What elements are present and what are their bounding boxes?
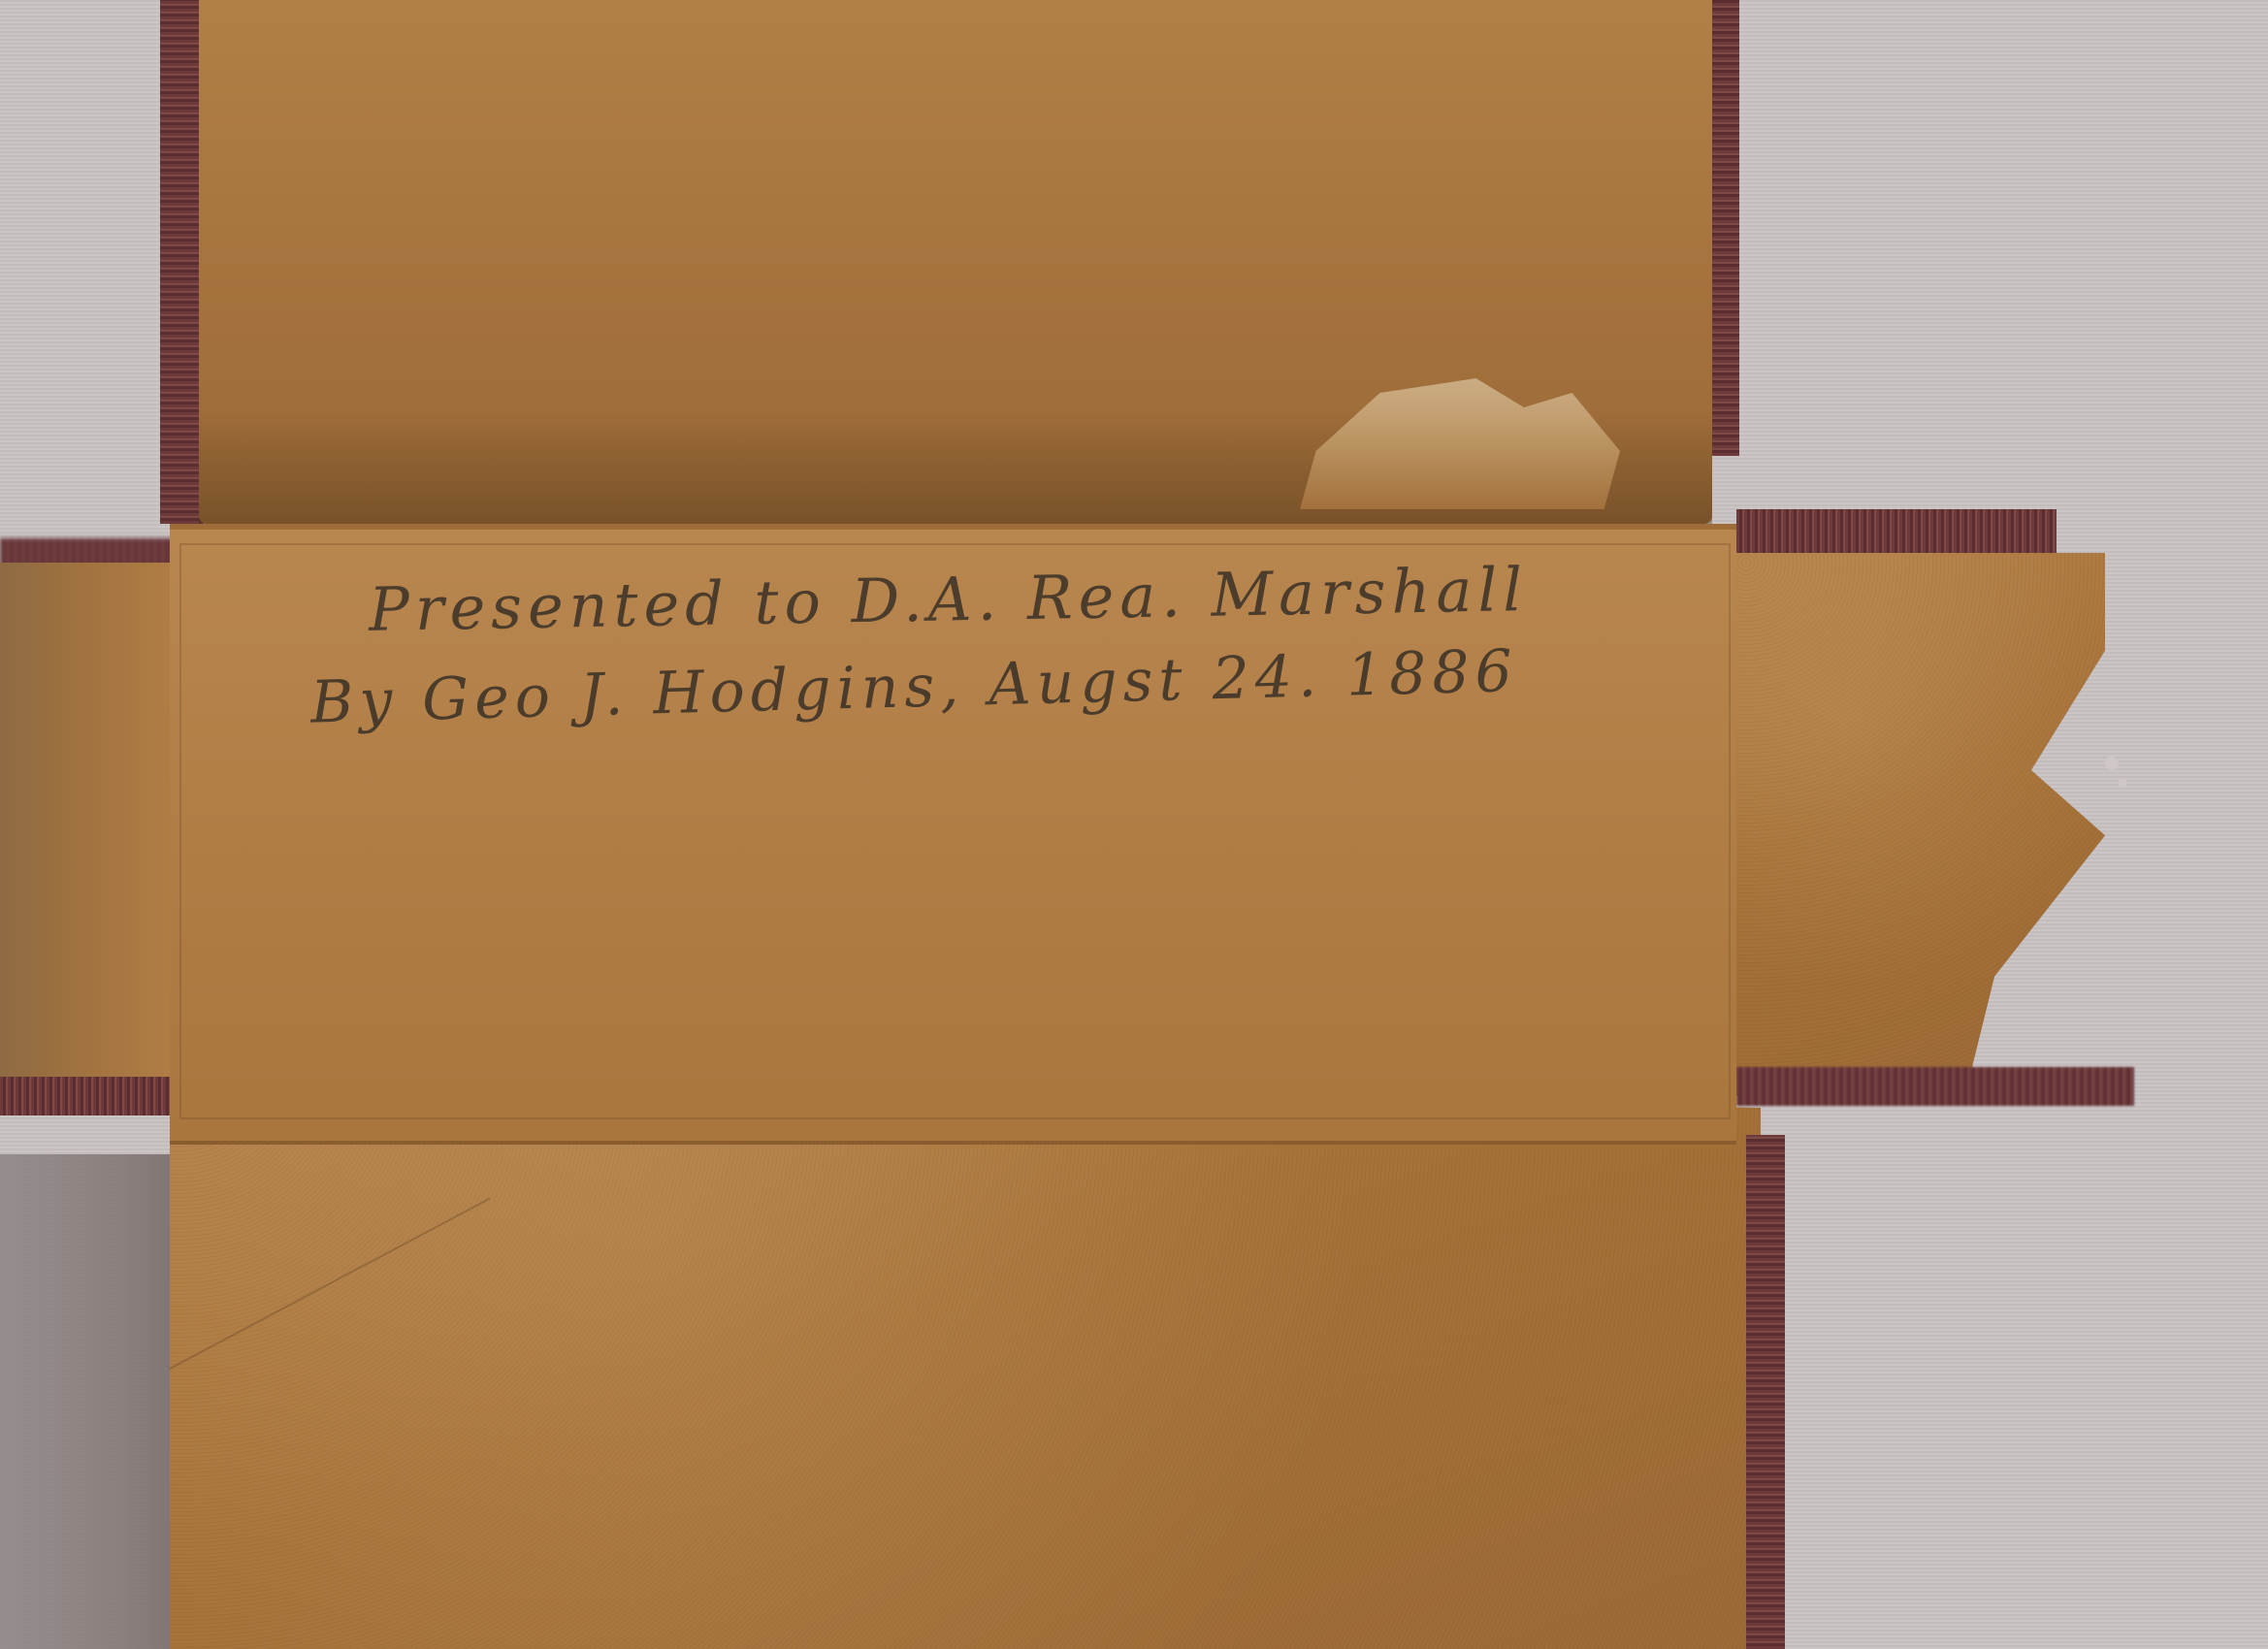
wallet-edge-right-bottom [1736, 1067, 2134, 1106]
inscription-line-1: Presented to D.A. Rea. Marshall [368, 551, 1688, 645]
wallet-edge-top-left [160, 0, 204, 524]
wallet-edge-bottom-right [1746, 1135, 1785, 1649]
wallet-flap-left [0, 563, 175, 1086]
wallet-edge-left-bottom [0, 1077, 194, 1115]
handwritten-inscription: Presented to D.A. Rea. Marshall By Geo J… [310, 563, 1688, 719]
worm-hole [2105, 757, 2119, 770]
worm-hole [2118, 779, 2127, 787]
wallet-edge-right-top [1736, 509, 2057, 558]
